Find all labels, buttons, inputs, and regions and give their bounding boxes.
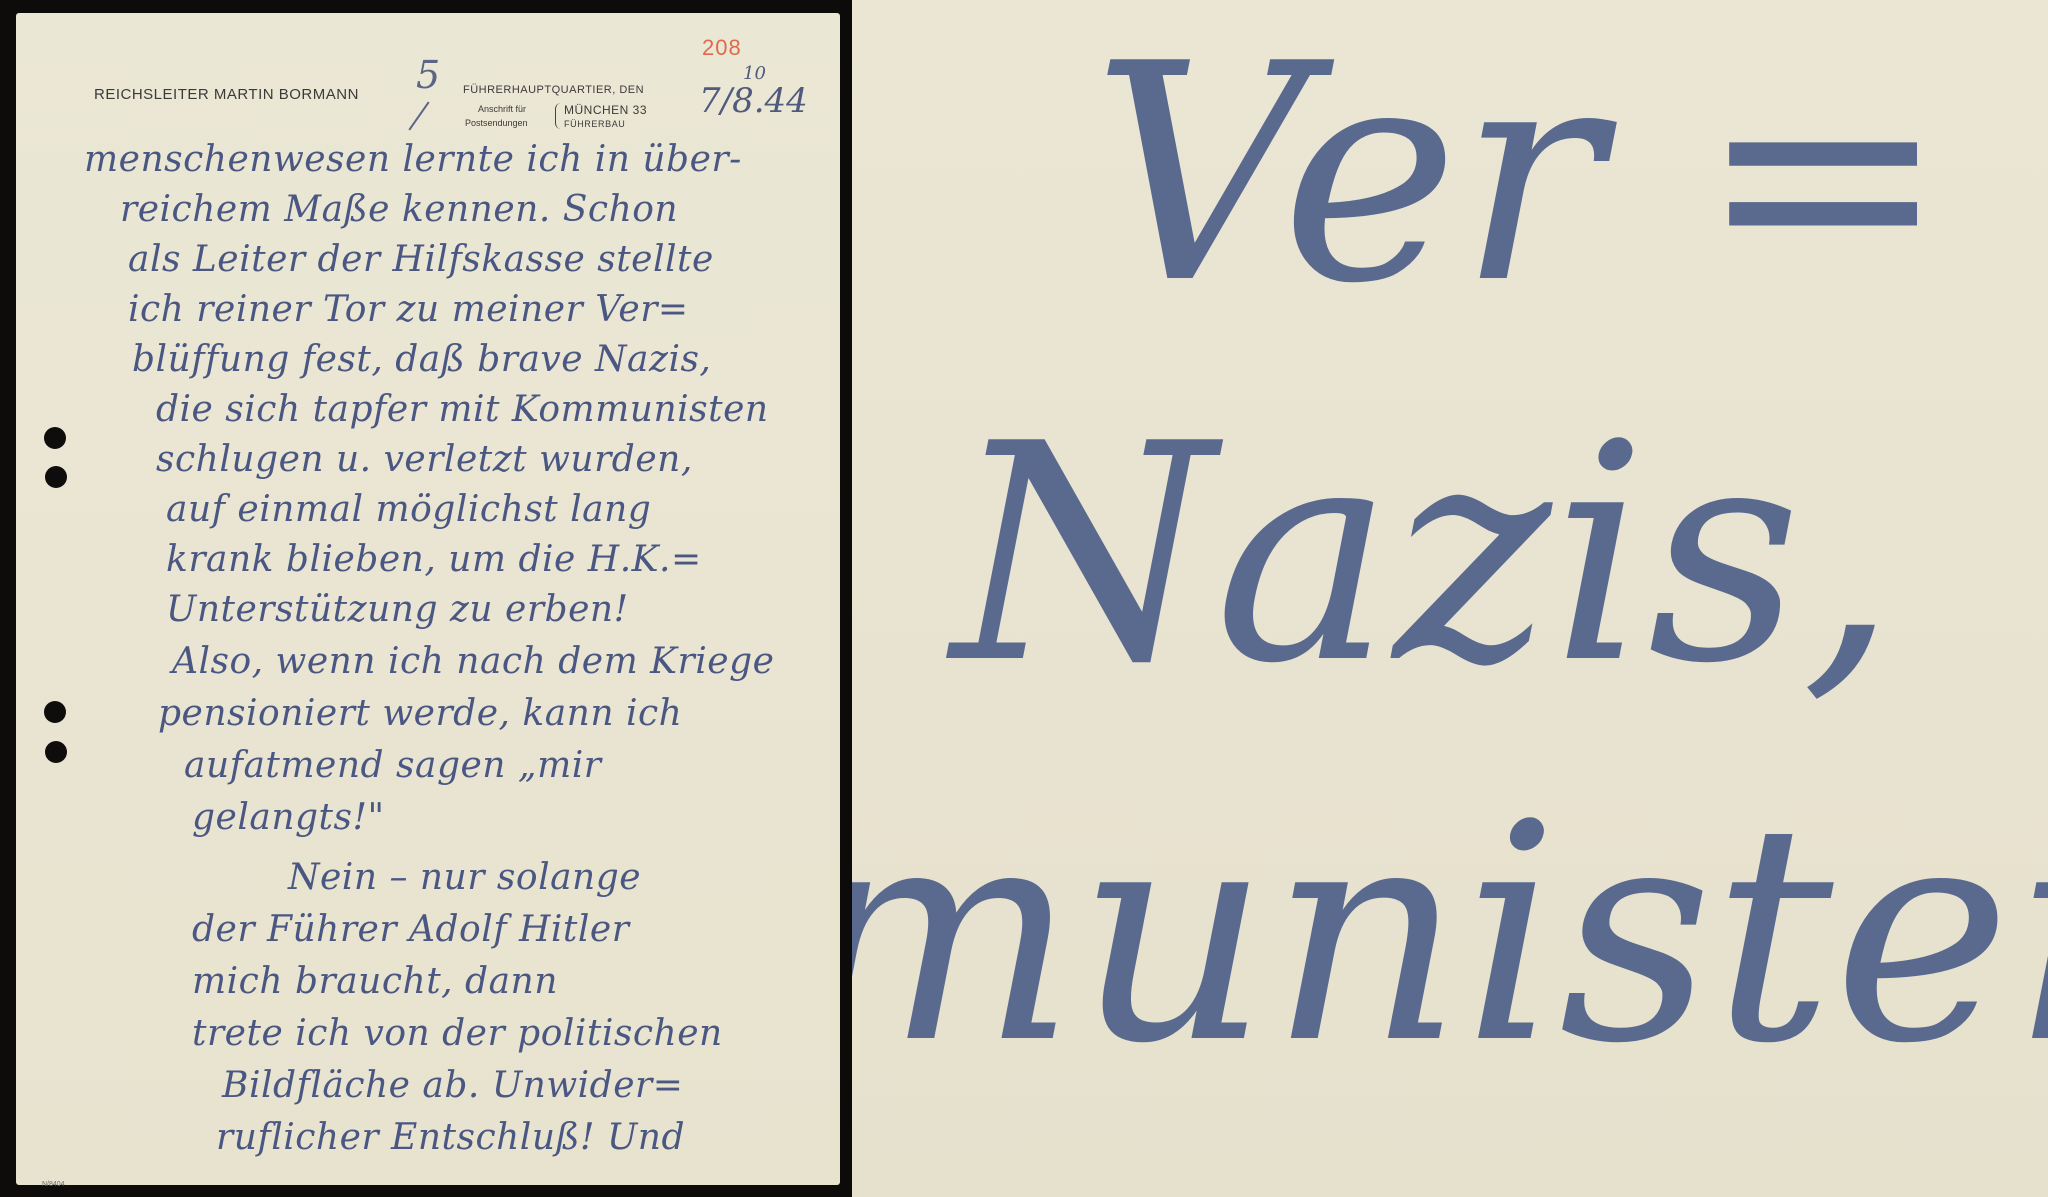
letter-line: menschenwesen lernte ich in über-: [84, 139, 742, 180]
letter-line: gelangts!": [192, 797, 385, 838]
punch-hole: [45, 466, 67, 488]
letter-line: reichem Maße kennen. Schon: [120, 189, 678, 230]
letterhead-location: FÜHRERHAUPTQUARTIER, DEN: [463, 84, 644, 96]
handwritten-date: 7/8.44: [699, 81, 808, 121]
form-number: N/8404: [42, 1181, 65, 1188]
letter-line: der Führer Adolf Hitler: [192, 909, 629, 950]
letter-line: mich braucht, dann: [192, 961, 558, 1002]
letter-line: aufatmend sagen „mir: [184, 745, 601, 786]
letter-line: ruflicher Entschluß! Und: [216, 1117, 685, 1158]
letter-line: pensioniert werde, kann ich: [158, 693, 682, 734]
handwritten-page-number: 5: [416, 53, 440, 97]
letter-line: Nein – nur solange: [288, 857, 641, 898]
magnified-word-ver: Ver =: [1092, 0, 1949, 349]
magnified-detail-panel: Ver = Nazis, munisten: [852, 0, 2048, 1197]
panel-divider: [840, 0, 852, 1197]
letter-line: Unterstützung zu erben!: [166, 589, 629, 630]
letter-line: auf einmal möglichst lang: [166, 489, 651, 530]
magnified-word-nazis: Nazis,: [952, 380, 1897, 729]
archive-stamp-number: 208: [702, 35, 742, 61]
magnified-word-kommunisten: munisten: [852, 760, 2048, 1109]
letterhead-postal-label-1: Anschrift für: [478, 104, 526, 114]
letter-line: Bildfläche ab. Unwider=: [222, 1065, 683, 1106]
letterhead-postal-label-2: Postsendungen: [465, 118, 528, 128]
letter-line: blüffung fest, daß brave Nazis,: [132, 339, 711, 380]
letter-line: schlugen u. verletzt wurden,: [156, 439, 693, 480]
punch-hole: [44, 701, 66, 723]
letter-line: trete ich von der politischen: [192, 1013, 723, 1054]
letterhead-building: FÜHRERBAU: [564, 119, 625, 129]
letter-line: krank blieben, um die H.K.=: [166, 539, 702, 580]
letterhead-sender: REICHSLEITER MARTIN BORMANN: [94, 86, 359, 103]
punch-hole: [45, 741, 67, 763]
letter-line: als Leiter der Hilfskasse stellte: [128, 239, 714, 280]
punch-hole: [44, 427, 66, 449]
letterhead-city: MÜNCHEN 33: [564, 103, 647, 117]
letterhead-brace: [555, 103, 562, 129]
letter-line: ich reiner Tor zu meiner Ver=: [128, 289, 689, 330]
letter-page: REICHSLEITER MARTIN BORMANN FÜHRERHAUPTQ…: [16, 13, 840, 1185]
page-number-stroke: [408, 102, 429, 131]
letter-line: Also, wenn ich nach dem Kriege: [172, 641, 774, 682]
letter-line: die sich tapfer mit Kommunisten: [156, 389, 769, 430]
